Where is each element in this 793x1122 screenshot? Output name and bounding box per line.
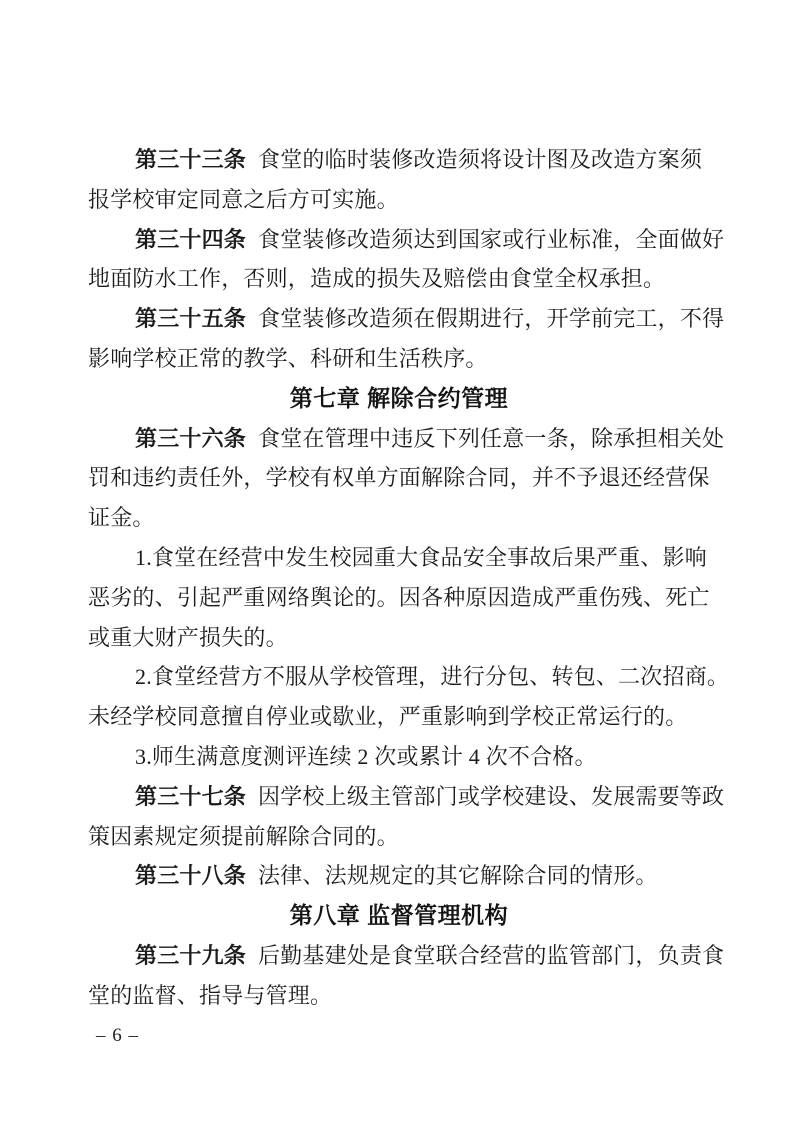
article-text: 食堂装修改造须达到国家或行业标准，全面做好	[258, 227, 724, 252]
article-text: 报学校审定同意之后方可实施。	[88, 187, 399, 212]
article-text: 法律、法规规定的其它解除合同的情形。	[258, 863, 658, 888]
article-text: 食堂在管理中违反下列任意一条，除承担相关处	[258, 426, 724, 451]
article-number: 第三十六条	[135, 426, 246, 451]
chapter-7-heading: 第七章 解除合约管理	[88, 379, 710, 419]
chapter-8-heading: 第八章 监督管理机构	[88, 896, 710, 936]
list-item-text: 未经学校同意擅自停业或歇业，严重影响到学校正常运行的。	[88, 704, 687, 729]
article-number: 第三十五条	[135, 306, 246, 331]
list-item-1-line-2: 恶劣的、引起严重网络舆论的。因各种原因造成严重伤残、死亡	[88, 578, 710, 618]
article-number: 第三十九条	[135, 943, 246, 968]
list-item-text: 或重大财产损失的。	[88, 625, 288, 650]
article-38-line-1: 第三十八条法律、法规规定的其它解除合同的情形。	[88, 856, 710, 896]
list-item-text: 3.师生满意度测评连续 2 次或累计 4 次不合格。	[135, 744, 597, 769]
page-number: – 6 –	[88, 1016, 710, 1056]
article-39-line-1: 第三十九条后勤基建处是食堂联合经营的监管部门，负责食	[88, 936, 710, 976]
article-35-line-1: 第三十五条食堂装修改造须在假期进行，开学前完工，不得	[88, 299, 710, 339]
document-page-body: 第三十三条食堂的临时装修改造须将设计图及改造方案须 报学校审定同意之后方可实施。…	[88, 140, 710, 1055]
list-item-2-line-1: 2.食堂经营方不服从学校管理，进行分包、转包、二次招商。	[88, 657, 710, 697]
article-36-line-3: 证金。	[88, 498, 710, 538]
article-34-line-2: 地面防水工作，否则，造成的损失及赔偿由食堂全权承担。	[88, 259, 710, 299]
article-number: 第三十四条	[135, 227, 246, 252]
article-text: 证金。	[88, 505, 155, 530]
article-text: 因学校上级主管部门或学校建设、发展需要等政	[258, 784, 724, 809]
list-item-2-line-2: 未经学校同意擅自停业或歇业，严重影响到学校正常运行的。	[88, 697, 710, 737]
article-36-line-2: 罚和违约责任外，学校有权单方面解除合同，并不予退还经营保	[88, 458, 710, 498]
list-item-text: 1.食堂在经营中发生校园重大食品安全事故后果严重、影响	[135, 545, 707, 570]
article-35-line-2: 影响学校正常的教学、科研和生活秩序。	[88, 339, 710, 379]
list-item-3-line-1: 3.师生满意度测评连续 2 次或累计 4 次不合格。	[88, 737, 710, 777]
article-number: 第三十七条	[135, 784, 246, 809]
list-item-1-line-3: 或重大财产损失的。	[88, 618, 710, 658]
article-number: 第三十三条	[135, 147, 246, 172]
list-item-1-line-1: 1.食堂在经营中发生校园重大食品安全事故后果严重、影响	[88, 538, 710, 578]
article-36-line-1: 第三十六条食堂在管理中违反下列任意一条，除承担相关处	[88, 419, 710, 459]
article-text: 食堂装修改造须在假期进行，开学前完工，不得	[258, 306, 724, 331]
article-text: 策因素规定须提前解除合同的。	[88, 824, 399, 849]
article-text: 地面防水工作，否则，造成的损失及赔偿由食堂全权承担。	[88, 266, 665, 291]
article-text: 罚和违约责任外，学校有权单方面解除合同，并不予退还经营保	[88, 465, 710, 490]
article-37-line-1: 第三十七条因学校上级主管部门或学校建设、发展需要等政	[88, 777, 710, 817]
article-text: 后勤基建处是食堂联合经营的监管部门，负责食	[258, 943, 724, 968]
article-33-line-1: 第三十三条食堂的临时装修改造须将设计图及改造方案须	[88, 140, 710, 180]
list-item-text: 2.食堂经营方不服从学校管理，进行分包、转包、二次招商。	[135, 664, 729, 689]
article-34-line-1: 第三十四条食堂装修改造须达到国家或行业标准，全面做好	[88, 220, 710, 260]
list-item-text: 恶劣的、引起严重网络舆论的。因各种原因造成严重伤残、死亡	[88, 585, 710, 610]
article-37-line-2: 策因素规定须提前解除合同的。	[88, 817, 710, 857]
article-number: 第三十八条	[135, 863, 246, 888]
article-text: 堂的监督、指导与管理。	[88, 983, 332, 1008]
article-33-line-2: 报学校审定同意之后方可实施。	[88, 180, 710, 220]
article-39-line-2: 堂的监督、指导与管理。	[88, 976, 710, 1016]
article-text: 食堂的临时装修改造须将设计图及改造方案须	[258, 147, 702, 172]
article-text: 影响学校正常的教学、科研和生活秩序。	[88, 346, 488, 371]
